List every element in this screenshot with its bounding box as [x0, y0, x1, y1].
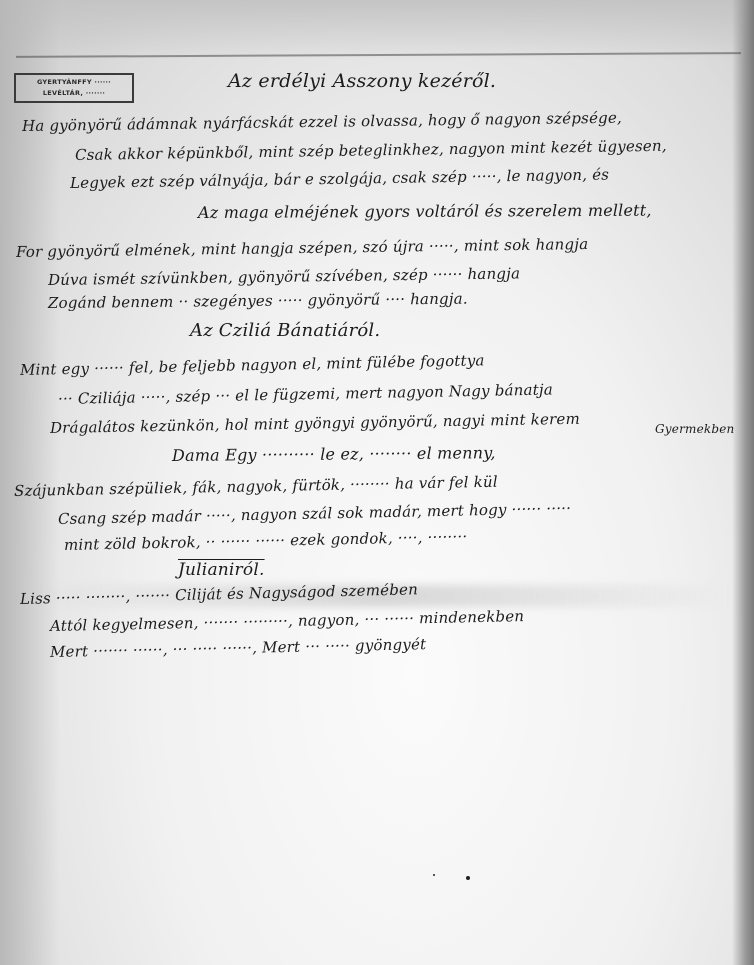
stamp-line-1: GYERTYÁNFFY ······: [19, 77, 129, 88]
stamp-line-2: LEVÉLTÁR, ·······: [19, 88, 129, 99]
scan-shadow-top: [0, 0, 754, 60]
margin-note: Gyermekben: [655, 422, 734, 436]
text-line: For gyönyörű elmének, mint hangja szépen…: [16, 235, 589, 261]
section-heading: Az Cziliá Bánatiáról.: [190, 320, 380, 341]
section-heading: Az maga elméjének gyors voltáról és szer…: [198, 201, 652, 222]
text-line: Dúva ismét szívünkben, gyönyörű szívében…: [48, 264, 520, 289]
text-line: Mert ······· ······, ··· ····· ······, M…: [50, 635, 427, 661]
ink-spot: [466, 876, 470, 880]
text-line: Drágalátos kezünkön, hol mint gyöngyi gy…: [50, 410, 580, 437]
text-line: Mint egy ······ fel, be feljebb nagyon e…: [20, 351, 485, 379]
text-line: Ha gyönyörű ádámnak nyárfácskát ezzel is…: [22, 109, 622, 135]
section-heading: Julianiról.: [178, 560, 265, 580]
text-line: Csang szép madár ·····, nagyon szál sok …: [58, 499, 572, 528]
text-line: ··· Cziliája ·····, szép ··· el le fügze…: [58, 380, 553, 407]
archive-stamp: GYERTYÁNFFY ······ LEVÉLTÁR, ·······: [14, 73, 134, 103]
section-heading: Az erdélyi Asszony kezéről.: [228, 70, 496, 92]
text-line: Legyek ezt szép válnyája, bár e szolgája…: [70, 166, 609, 192]
text-line: Attól kegyelmesen, ······· ·········, na…: [50, 607, 525, 635]
text-line: Csak akkor képünkből, mint szép beteglin…: [75, 137, 667, 164]
page-edge-right: [732, 0, 754, 965]
text-line: Zogánd bennem ·· szegényes ····· gyönyör…: [48, 290, 468, 312]
text-line: Szájunkban szépüliek, fák, nagyok, fürtö…: [14, 473, 498, 500]
ink-spot: [433, 874, 435, 876]
text-line: mint zöld bokrok, ·· ······ ······ ezek …: [64, 528, 468, 554]
manuscript-page: GYERTYÁNFFY ······ LEVÉLTÁR, ······· Az …: [0, 0, 754, 965]
section-heading: Dama Egy ·········· le ez, ········ el m…: [172, 443, 496, 465]
